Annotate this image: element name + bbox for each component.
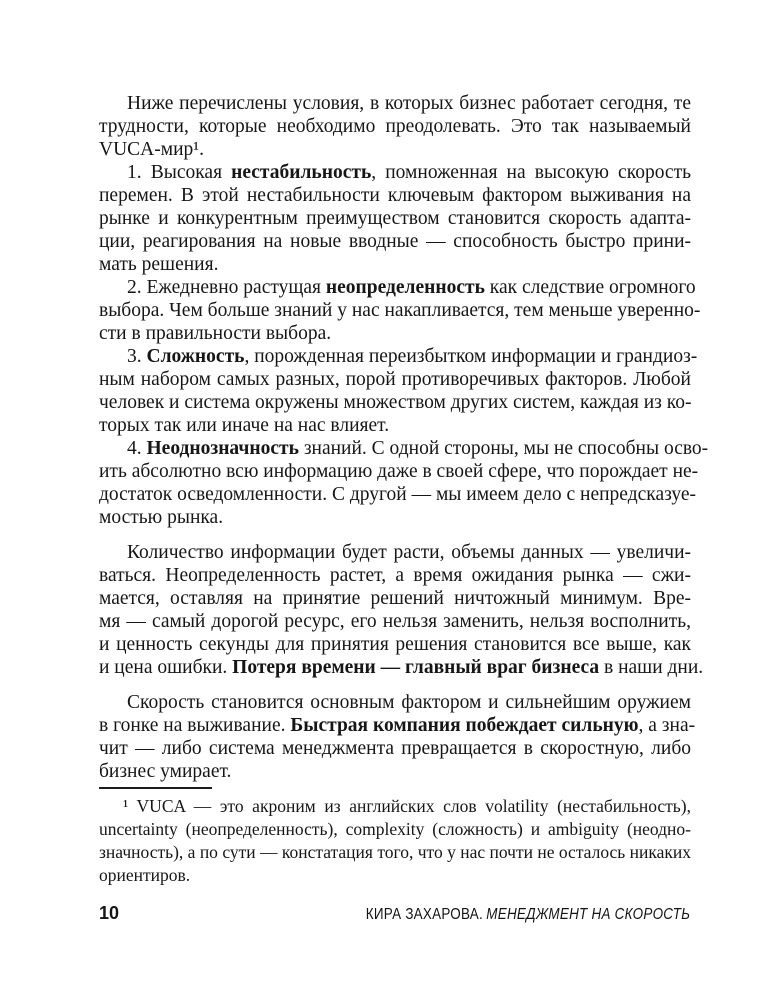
text-line: мостью рынка. [99,506,691,529]
footnote-text: ¹ VUCA — это акроним из английских слов … [99,795,691,887]
text-line: ить абсолютно всю информацию даже в свое… [99,460,691,483]
text-line: достаток осведомленности. С другой — мы … [99,483,691,506]
text-line: ным набором самых разных, порой противор… [99,368,691,391]
text-line: выбора. Чем больше знаний у нас накаплив… [99,299,691,322]
text-line: бизнес умирает. [99,760,691,783]
text-line: значность), а по сути — констатация того… [99,841,691,864]
body-text: Ниже перечислены условия, в которых бизн… [99,92,691,783]
text-line: Количество информации будет расти, объем… [99,541,691,564]
running-title-author: КИРА ЗАХАРОВА. [366,906,483,923]
text-line: мается, оставляя на принятие решений нич… [99,587,691,610]
paragraph: 4. Неоднозначность знаний. С одной сторо… [99,437,691,529]
text-line: 2. Ежедневно растущая неопределенность к… [99,276,691,299]
footnote-separator-rule [99,787,212,789]
text-line: торых так или иначе на нас влияет. [99,414,691,437]
text-line: перемен. В этой нестабильности ключевым … [99,184,691,207]
text-line: 1. Высокая нестабильность, помноженная н… [99,161,691,184]
text-line: мя — самый дорогой ресурс, его нельзя за… [99,610,691,633]
text-line: рынке и конкурентным преимуществом стано… [99,207,691,230]
text-line: сти в правильности выбора. [99,322,691,345]
paragraph: 1. Высокая нестабильность, помноженная н… [99,161,691,276]
text-line: мать решения. [99,253,691,276]
running-title-book: МЕНЕДЖМЕНТ НА СКОРОСТЬ [486,906,690,923]
text-line: в гонке на выживание. Быстрая компания п… [99,714,691,737]
paragraph: 3. Сложность, порожденная переизбытком и… [99,345,691,437]
text-line: 4. Неоднозначность знаний. С одной сторо… [99,437,691,460]
page-number: 10 [99,903,119,924]
text-line: ¹ VUCA — это акроним из английских слов … [99,795,691,818]
paragraph: Количество информации будет расти, объем… [99,541,691,679]
paragraph: 2. Ежедневно растущая неопределенность к… [99,276,691,345]
text-line: чит — либо система менеджмента превращае… [99,737,691,760]
paragraph: Ниже перечислены условия, в которых бизн… [99,92,691,161]
text-line: Ниже перечислены условия, в которых бизн… [99,92,691,115]
text-line: uncertainty (неопределенность), complexi… [99,818,691,841]
text-line: и ценность секунды для принятия решения … [99,633,691,656]
running-title: КИРА ЗАХАРОВА.МЕНЕДЖМЕНТ НА СКОРОСТЬ [366,906,690,924]
text-line: ции, реагирования на новые вводные — спо… [99,230,691,253]
text-line: Скорость становится основным фактором и … [99,691,691,714]
text-line: VUCA-мир¹. [99,138,691,161]
page-footer: 10 КИРА ЗАХАРОВА.МЕНЕДЖМЕНТ НА СКОРОСТЬ [99,903,690,924]
paragraph: Скорость становится основным фактором и … [99,691,691,783]
text-line: и цена ошибки. Потеря времени — главный … [99,656,691,679]
text-line: ваться. Неопределенность растет, а время… [99,564,691,587]
text-line: 3. Сложность, порожденная переизбытком и… [99,345,691,368]
footnote: ¹ VUCA — это акроним из английских слов … [99,787,691,887]
text-line: человек и система окружены множеством др… [99,391,691,414]
text-line: трудности, которые необходимо преодолева… [99,115,691,138]
text-line: ориентиров. [99,864,691,887]
book-page: Ниже перечислены условия, в которых бизн… [0,0,759,1000]
